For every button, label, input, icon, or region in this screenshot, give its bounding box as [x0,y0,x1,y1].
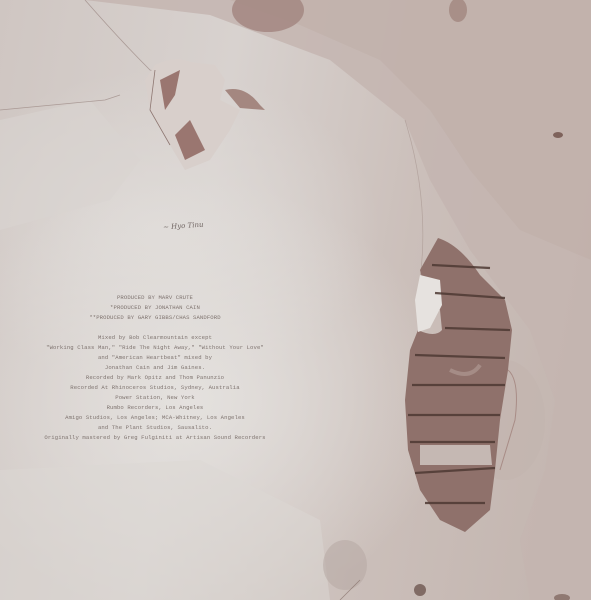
credit-line-recording-4: Rumbo Recorders, Los Angeles [40,403,270,413]
credit-line-mixing-1: Mixed by Bob Clearmountain except [40,333,270,343]
credit-line-mixing-2: "Working Class Man," "Ride The Night Awa… [40,343,270,353]
credit-line-producer-3: **PRODUCED BY GARY GIBBS/CHAS SANDFORD [40,313,270,323]
credit-line-recording-5: Amigo Studios, Los Angeles; MCA-Whitney,… [40,413,270,423]
credit-line-producer-1: PRODUCED BY MARV CRUTE [40,293,270,303]
chipped-plaster-upper [130,50,280,180]
album-sleeve: ~ Hyo Tinu PRODUCED BY MARV CRUTE *PRODU… [0,0,591,600]
credit-line-mastering: Originally mastered by Greg Fulginiti at… [40,433,270,443]
credit-line-recording-3: Power Station, New York [40,393,270,403]
credit-line-producer-2: *PRODUCED BY JONATHAN CAIN [40,303,270,313]
credit-line-mixing-3: and "American Heartbeat" mixed by [40,353,270,363]
credit-line-recording-6: and The Plant Studios, Sausalito. [40,423,270,433]
credit-line-mixing-4: Jonathan Cain and Jim Gaines. [40,363,270,373]
credits-block: PRODUCED BY MARV CRUTE *PRODUCED BY JONA… [40,293,270,443]
spacer [40,323,270,333]
credit-line-recording-2: Recorded At Rhinoceros Studios, Sydney, … [40,383,270,393]
credit-line-recording-1: Recorded by Mark Opitz and Thom Panunzio [40,373,270,383]
exposed-brick-section [400,220,550,540]
